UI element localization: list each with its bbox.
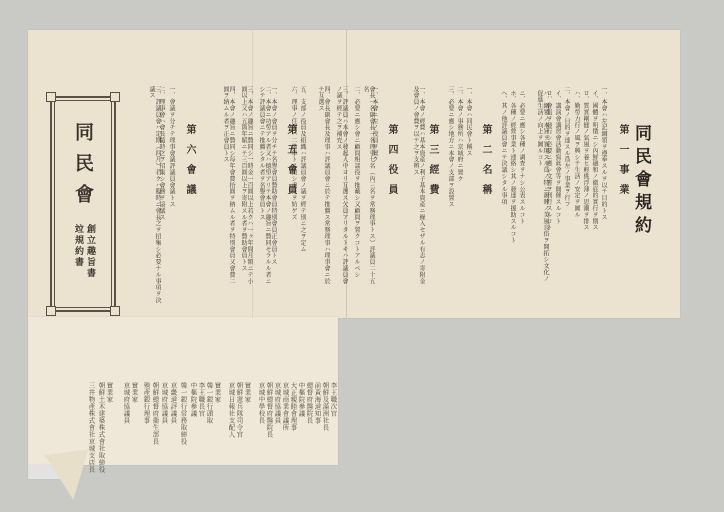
member-list-item: 三井物產株式會社京城支店長 — [88, 382, 94, 473]
member-list-item: 京城商業會議所 — [282, 382, 288, 431]
clause: 四、本會ノ趣旨ニ贊同シ每年會費拾圓ヲ納ムル者ヲ特別會員又會費二圓ヲ納ムル者ヲ正會… — [222, 86, 234, 286]
member-list-item: 實業家 — [244, 382, 250, 403]
member-list-item: 中樞院參議 — [190, 382, 196, 417]
clause: ホ、各種ノ經營事業ト連絡シ其ノ發達ヲ援助スルコト — [509, 90, 515, 244]
clause: 二、本會ノ目的ヲ達スル爲左ノ事業ヲ行フ — [563, 86, 569, 208]
clause: 三、本會ノ趣旨ニ贊同シ一時金一百圓以上若クハ一ヶ年間月額ニテ小圓以上又ハ五箇年賦… — [240, 86, 252, 286]
section-heading-6: 第六會議 — [184, 124, 194, 204]
member-list-item: 實業家 — [214, 382, 220, 403]
cover-title: 同民會 — [70, 122, 97, 215]
clause: 三、必要ニ應シ地方ニ本會ノ支部ヲ設置ス — [447, 86, 453, 208]
member-list-item: 京城日報社支配人 — [228, 382, 234, 438]
member-list-item: 京城府協議員 — [123, 382, 129, 424]
member-list-item: 京畿道評議員 — [170, 382, 176, 424]
clause: ハ、勤勞力行ノ風ヲ興シテ生活ノ安定ヲ圖ル — [573, 90, 579, 218]
member-list-item: 大正親睦會理事 — [290, 382, 296, 431]
member-list-item: 中樞院參議 — [298, 382, 304, 417]
member-list-item: 朝鮮土木建築株式會社取締役 — [98, 382, 104, 473]
member-list-item: 朝鮮總督府衛生部長 — [152, 382, 158, 445]
section-heading-2: 第二名稱 — [480, 124, 490, 204]
clause: 會長一名副會長一名理事七名（內三名ヲ常務理事トス）評議員二十五名 — [362, 86, 374, 286]
member-list-item: 朝鮮及滿洲社長 — [322, 382, 328, 431]
cover-subtitle-left: 竝規約書 — [72, 224, 85, 268]
cover-subtitle-right: 創立趣旨書 — [84, 224, 97, 279]
clause: ロ、質實剛健ノ氣風ヲ養ヒ輕佻浮薄ノ思潮ヲ排ス — [582, 90, 588, 231]
clause: ヘ、其ノ他評議員會ニテ決議シタル事項 — [500, 90, 506, 205]
member-list-item: 實業家 — [106, 382, 112, 403]
corner-ornament — [46, 306, 56, 316]
corner-ornament — [110, 92, 120, 102]
corner-ornament — [110, 306, 120, 316]
section-heading-5: 第五會員 — [285, 124, 295, 204]
section-heading-4: 第四役員 — [386, 124, 396, 204]
clause: 一、本會ハ同民會ト稱ス — [465, 86, 471, 156]
clause: ハ、綱領ノ本旨ヲ實現スル爲ノ特ニ親睦ノ美風良俗ヲ開拓シ文化ノ促進生活ノ向上ヲ圖ル… — [536, 90, 548, 286]
clause: 二、本會ノ事務所ハ京城府ニ置ク — [456, 86, 462, 182]
clause: 三、評議員ハ本會ノ發起人中ヨリ互選ス欠員アリタルトキハ評議員會ノ議ヲ經テ之ヲ補充… — [335, 86, 347, 286]
member-list-item: 韓一銀行常務取締役 — [180, 382, 186, 445]
member-list-item: 朝鮮總督府醫院長 — [266, 382, 272, 438]
clause: 二、本會ニ功勞アル者又ハ德望アリテ本會ノ趣旨ニ贊同セラルル者ニシテ評議員會ニテ推… — [258, 86, 270, 286]
section-heading-1: 第一事業 — [617, 124, 627, 204]
section-heading-3: 第三經費 — [427, 124, 437, 204]
member-list-item: 總督府醫院長 — [306, 382, 312, 424]
member-list-item: 實業家 — [131, 382, 137, 403]
document-title: 同民會規約 — [632, 124, 649, 239]
clause: 四、會長副會長及理事ハ評議員會ニ於テ推薦ス常務理事ハ理事會ニ於テ互選ス — [317, 86, 329, 286]
member-list-item: 殖產銀行理事 — [143, 382, 149, 424]
corner-ornament — [46, 92, 56, 102]
member-list-item: 京城府協議員 — [274, 382, 280, 424]
clause: 一、會議ヲ分チテ理事會議評議員會議トス — [168, 86, 174, 208]
clause: 一、本會ハ左記綱領ヲ遵奉スルヲ以テ目的トス — [600, 86, 606, 220]
clause: イ、講演會講習會活動寫眞會等ヲ開催スルコト — [554, 90, 560, 224]
clause: 二、必要ニ應シ會ニ顧問相談役ヲ推戴シ又顧問ヲ置クコトアルベシ — [353, 86, 359, 286]
member-list-item: 朝鮮憲兵隊司令官 — [236, 382, 242, 438]
member-list-item: 京城府協議員 — [161, 382, 167, 424]
member-list-item: 京城中學校長 — [258, 382, 264, 424]
clause: ニ、必要ニ應シ各種ノ調査ヲナシ公表スルコト — [518, 90, 524, 224]
member-list-item: 前黃海道知事 — [314, 382, 320, 424]
member-list-item: 李王職長官 — [198, 382, 204, 417]
clause: イ、國體ヲ明徵ニシ內鮮融和ノ徹底的實行ヲ期ス — [591, 90, 597, 231]
clause: 一、本會ノ經費ハ基本資產ノ利子基本資產ニ繰入セザル有志ノ寄附金及會員ノ會費ヲ以テ… — [412, 86, 424, 286]
member-list-item: 韓一銀行頭取 — [206, 382, 212, 424]
member-list-item: 李王職次官 — [330, 382, 336, 417]
clause: 五、支部ノ役員及組織ハ評議員會ノ議ヲ經テ別ニ之ヲ定ム — [299, 86, 305, 252]
clause: 三、評議員會ハ定期（四月）若クハ臨時ニ會長之ヲ招集シ必要ナル事項ヲ決議ス — [148, 86, 160, 306]
